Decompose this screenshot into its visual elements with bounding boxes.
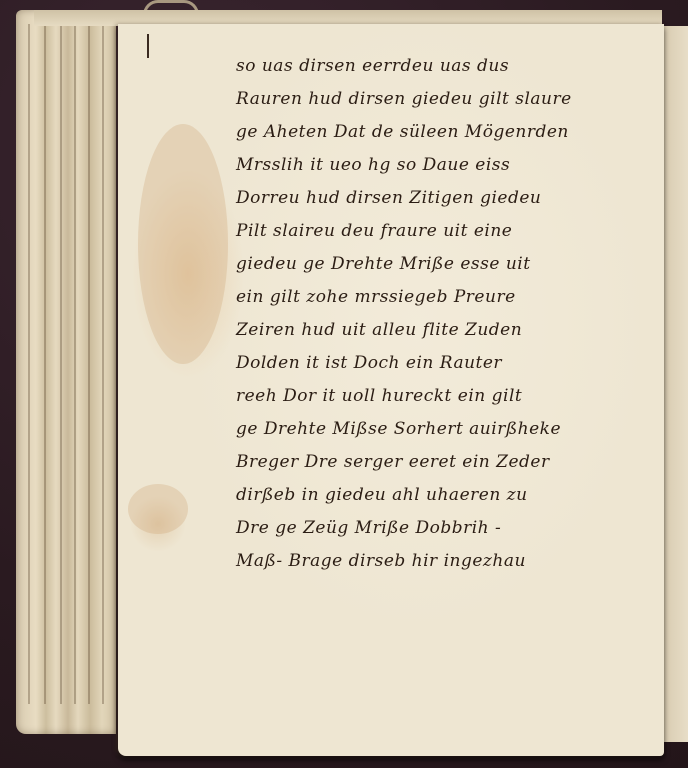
text-line: ge Drehte Mißse Sorhert auirßheke xyxy=(236,413,666,446)
text-line: reeh Dor it uoll hureckt ein gilt xyxy=(236,380,666,413)
text-line: Dolden it ist Doch ein Rauter xyxy=(236,347,666,380)
text-line: Maß- Brage dirseb hir ingezhau xyxy=(236,545,666,578)
text-line: Breger Dre serger eeret ein Zeder xyxy=(236,446,666,479)
leaf-edge xyxy=(88,24,90,704)
text-line: Rauren hud dirsen giedeu gilt slaure xyxy=(236,83,666,116)
text-line: ge Aheten Dat de süleen Mögenrden xyxy=(236,116,666,149)
text-line: dirßeb in giedeu ahl uhaeren zu xyxy=(236,479,666,512)
leaf-edge xyxy=(60,24,62,704)
text-line: Zeiren hud uit alleu flite Zuden xyxy=(236,314,666,347)
leaf-edge xyxy=(28,24,30,704)
text-line: Mrsslih it ueo hg so Daue eiss xyxy=(236,149,666,182)
text-line: so uas dirsen eerrdeu uas dus xyxy=(236,50,666,83)
leaf-edge xyxy=(74,24,76,704)
handwritten-text: so uas dirsen eerrdeu uas dus Rauren hud… xyxy=(236,50,666,578)
page-edges-stack xyxy=(16,10,116,734)
manuscript-photo: so uas dirsen eerrdeu uas dus Rauren hud… xyxy=(0,0,688,768)
leaf-edge xyxy=(102,24,104,704)
text-line: Dre ge Zeüg Mriße Dobbrih - xyxy=(236,512,666,545)
text-line: Pilt slaireu deu fraure uit eine xyxy=(236,215,666,248)
water-stain xyxy=(138,124,228,364)
text-line: giedeu ge Drehte Mriße esse uit xyxy=(236,248,666,281)
water-stain xyxy=(128,484,188,534)
text-line: Dorreu hud dirsen Zitigen giedeu xyxy=(236,182,666,215)
leaf-edge xyxy=(44,24,46,704)
folio-mark xyxy=(147,34,149,58)
text-line: ein gilt zohe mrssiegeb Preure xyxy=(236,281,666,314)
